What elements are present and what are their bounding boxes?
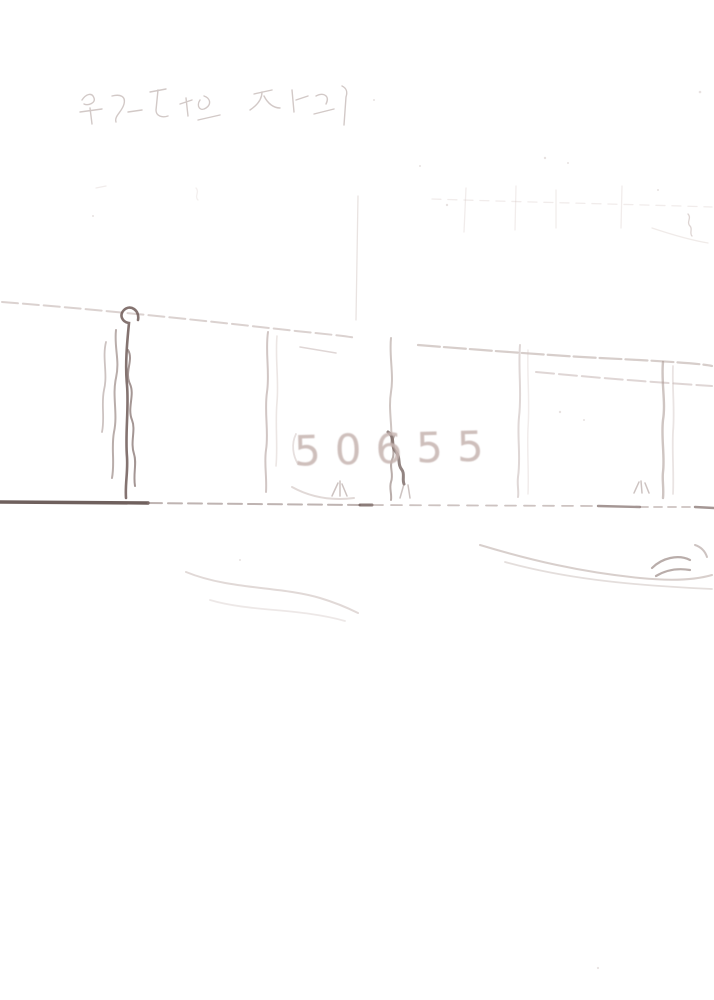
crayon-sketch [0,0,714,1000]
train-number: 50655 [293,421,498,475]
grass-marks [332,481,649,498]
scribbled-lamp-pole [102,308,138,498]
road-curves [186,545,712,621]
handwritten-title [80,86,347,125]
scanned-drawing-page: 50655 [0,0,714,1000]
canopy-leg-2 [265,332,277,492]
canopy-leg-4 [518,345,529,497]
faint-building-outline [96,186,712,320]
canopy-leg-3 [388,338,404,500]
canopy-roof-line [2,302,712,386]
ground-line [0,502,714,508]
paper-speckles [92,91,701,969]
